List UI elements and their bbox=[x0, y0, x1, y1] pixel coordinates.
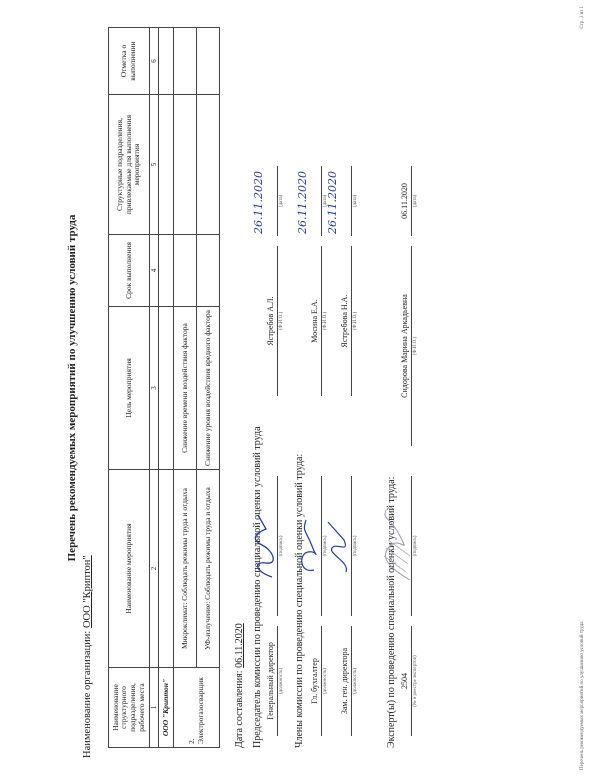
organization-line: Наименование организации: ООО "Криптон" bbox=[82, 555, 93, 758]
compiled-date: 06.11.2020 bbox=[234, 623, 245, 668]
header-workplace: Наименование структурного подразделения,… bbox=[109, 668, 150, 748]
measures-table: Наименование структурного подразделения,… bbox=[108, 27, 220, 748]
caption-date: (дата) bbox=[279, 166, 284, 236]
chair-position: Генеральный директор bbox=[266, 626, 278, 736]
organization-name: ООО "Криптон" bbox=[82, 555, 93, 628]
member-1-position: Гл. бухгалтер bbox=[310, 626, 322, 736]
member-2-date: 26.11.2020 bbox=[326, 171, 339, 234]
caption-signature: (подпись) bbox=[279, 476, 284, 616]
expert-name: Сидорова Марина Аркадьевна bbox=[400, 246, 412, 446]
header-measure: Наименование мероприятия bbox=[109, 470, 150, 668]
caption-position: (должность) bbox=[353, 626, 358, 736]
member-2-date-field bbox=[340, 166, 352, 236]
table-row: УФ-излучение: Соблюдать режимы труда и о… bbox=[197, 28, 220, 748]
expert-reg-number: 2504 bbox=[400, 626, 412, 736]
column-numbers-row: 1 2 3 4 5 6 bbox=[150, 28, 159, 748]
caption-signature: (подпись) bbox=[353, 476, 358, 616]
member-1-date: 26.11.2020 bbox=[296, 171, 309, 234]
deadline-cell bbox=[174, 235, 197, 307]
mark-cell bbox=[174, 28, 197, 95]
member-1-signature bbox=[296, 516, 322, 576]
header-mark: Отметка о выполнении bbox=[109, 28, 150, 95]
caption-position: (должность) bbox=[323, 626, 328, 736]
departments-cell bbox=[174, 95, 197, 235]
organization-label: Наименование организации: bbox=[82, 631, 93, 758]
column-number: 2 bbox=[150, 470, 159, 668]
goal-cell: Снижение времени воздействия фактора bbox=[174, 307, 197, 470]
column-number: 1 bbox=[150, 668, 159, 748]
member-1-date-field bbox=[310, 166, 322, 236]
caption-fio: (Ф.И.О.) bbox=[413, 246, 418, 446]
compiled-label: Дата составления: bbox=[234, 670, 245, 748]
caption-date: (дата) bbox=[413, 166, 418, 236]
footer-title: Перечень рекомендуемых мероприятий по ул… bbox=[580, 622, 585, 770]
chair-signature bbox=[252, 511, 278, 581]
measure-cell: УФ-излучение: Соблюдать режимы труда и о… bbox=[197, 470, 220, 668]
caption-position: (должность) bbox=[279, 626, 284, 736]
table-header-row: Наименование структурного подразделения,… bbox=[109, 28, 150, 748]
chair-name: Ястребов А.Л. bbox=[266, 246, 278, 396]
column-number: 6 bbox=[150, 28, 159, 95]
caption-fio: (Ф.И.О.) bbox=[323, 246, 328, 396]
departments-cell bbox=[197, 95, 220, 235]
chair-date-field bbox=[266, 166, 278, 236]
mark-cell bbox=[197, 28, 220, 95]
caption-fio: (Ф.И.О.) bbox=[353, 246, 358, 396]
caption-reg: (№ в реестре экспертов) bbox=[413, 626, 418, 736]
header-deadline: Срок выполнения bbox=[109, 235, 150, 307]
document-page: Перечень рекомендуемых мероприятий по ул… bbox=[0, 0, 600, 776]
workplace-cell: 2. Электрогазосварщик bbox=[174, 668, 220, 748]
header-goal: Цель мероприятия bbox=[109, 307, 150, 470]
column-number: 4 bbox=[150, 235, 159, 307]
expert-date: 06.11.2020 bbox=[400, 166, 412, 236]
chair-date: 26.11.2020 bbox=[252, 171, 265, 234]
caption-signature: (подпись) bbox=[413, 476, 418, 616]
member-1-name: Мосина Е.А. bbox=[310, 246, 322, 396]
chair-heading: Председатель комиссии по проведению спец… bbox=[252, 426, 263, 748]
caption-fio: (Ф.И.О.) bbox=[279, 246, 284, 396]
goal-cell: Снижение уровня воздействия вредного фак… bbox=[197, 307, 220, 470]
column-number: 5 bbox=[150, 95, 159, 235]
member-2-signature bbox=[324, 516, 354, 576]
document-title: Перечень рекомендуемых мероприятий по ул… bbox=[66, 0, 78, 776]
group-row: ООО "Криптон" bbox=[159, 28, 174, 748]
compiled-date-line: Дата составления: 06.11.2020 bbox=[234, 623, 245, 748]
measure-cell: Микроклимат: Соблюдать режимы труда и от… bbox=[174, 470, 197, 668]
group-name: ООО "Криптон" bbox=[159, 668, 174, 748]
caption-date: (дата) bbox=[353, 166, 358, 236]
member-2-position: Зам. ген. директора bbox=[340, 626, 352, 736]
expert-signature bbox=[376, 506, 416, 586]
column-number: 3 bbox=[150, 307, 159, 470]
table-row: 2. Электрогазосварщик Микроклимат: Соблю… bbox=[174, 28, 197, 748]
deadline-cell bbox=[197, 235, 220, 307]
page-number: Стр. 1 из 1 bbox=[580, 6, 585, 29]
members-heading: Члены комиссии по проведению специальной… bbox=[294, 454, 305, 748]
member-2-name: Ястребова Н.А. bbox=[340, 246, 352, 396]
header-departments: Структурные подразделения, привлекаемые … bbox=[109, 95, 150, 235]
